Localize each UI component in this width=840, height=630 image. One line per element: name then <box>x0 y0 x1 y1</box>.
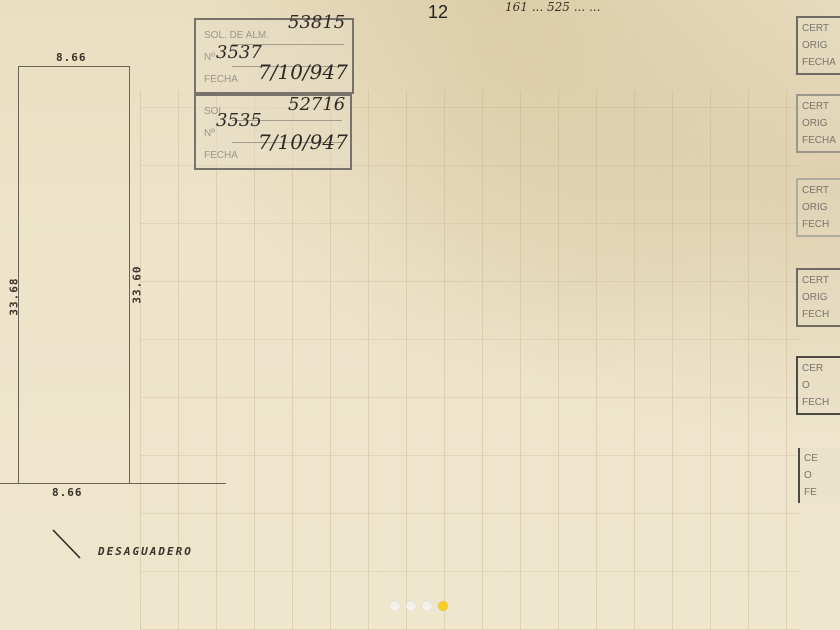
street-fraction <box>52 528 80 558</box>
lot-top-width: 8.66 <box>56 51 87 64</box>
street-line <box>0 483 226 484</box>
street-name: DESAGUADERO <box>98 545 193 558</box>
pagination-dot-2[interactable] <box>406 601 416 611</box>
fraction-slash-icon <box>52 528 82 560</box>
carousel-pagination <box>390 601 448 611</box>
lot-bottom-width: 8.66 <box>52 486 83 499</box>
pagination-dot-3[interactable] <box>422 601 432 611</box>
registry-stamp-2: SOL. Nº FECHA 52716 3535 7/10/947 <box>194 94 352 170</box>
pagination-dot-1[interactable] <box>390 601 400 611</box>
top-handwritten-note: 161 ... 525 ... ... <box>505 0 600 14</box>
lot-outline <box>18 66 130 484</box>
right-stamp-5: CER O FECH <box>796 356 840 415</box>
right-stamp-4: CERT ORIG FECH <box>796 268 840 327</box>
document-grid-background <box>140 90 800 630</box>
pagination-dot-4-active[interactable] <box>438 601 448 611</box>
right-stamp-2: CERT ORIG FECHA <box>796 94 840 153</box>
lot-left-depth: 33.68 <box>8 273 21 321</box>
image-viewer[interactable]: 12 161 ... 525 ... ... 8.66 8.66 33.68 3… <box>0 0 840 630</box>
right-stamp-3: CERT ORIG FECH <box>796 178 840 237</box>
right-stamp-6: CE O FE <box>798 448 840 503</box>
lot-right-depth: 33.60 <box>131 261 144 309</box>
right-stamp-1: CERT ORIG FECHA <box>796 16 840 75</box>
registry-stamp-1: SOL. DE ALM. Nº FECHA 53815 3537 7/10/94… <box>194 18 354 94</box>
page-number: 12 <box>428 2 448 23</box>
